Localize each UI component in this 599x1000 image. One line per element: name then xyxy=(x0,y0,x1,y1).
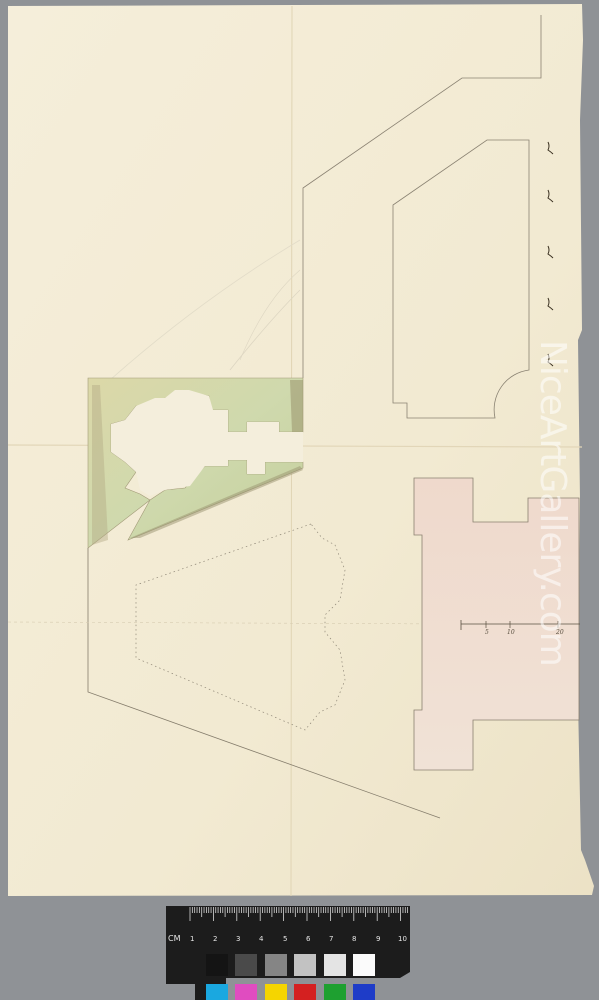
ruler-number-3: 3 xyxy=(236,935,240,943)
color-patch-green xyxy=(324,984,346,1000)
color-patch-yellow xyxy=(265,984,287,1000)
gray-patch-4 xyxy=(294,954,316,976)
color-chart xyxy=(166,906,410,1000)
gray-patch-6 xyxy=(353,954,375,976)
color-patch-blue xyxy=(353,984,375,1000)
gray-patch-5 xyxy=(324,954,346,976)
gray-patch-1 xyxy=(206,954,228,976)
color-patch-magenta xyxy=(235,984,257,1000)
ruler-number-5: 5 xyxy=(283,935,287,943)
gray-patch-2 xyxy=(235,954,257,976)
ruler-number-9: 9 xyxy=(376,935,380,943)
ruler-number-2: 2 xyxy=(213,935,217,943)
scale-label-20: 20 xyxy=(556,629,564,636)
scale-label-5: 5 xyxy=(485,629,489,636)
ruler-number-7: 7 xyxy=(329,935,333,943)
gray-patch-3 xyxy=(265,954,287,976)
ruler-number-6: 6 xyxy=(306,935,310,943)
scale-label-10: 10 xyxy=(507,629,515,636)
color-patch-red xyxy=(294,984,316,1000)
ruler-number-1: 1 xyxy=(190,935,194,943)
ruler-unit-label: CM xyxy=(168,934,181,943)
ruler-number-8: 8 xyxy=(352,935,356,943)
drawing-canvas xyxy=(0,0,599,1000)
color-patch-cyan xyxy=(206,984,228,1000)
ruler-number-4: 4 xyxy=(259,935,263,943)
artwork-stage: NiceArtGallery.com 5 10 20 CM 1 2 3 4 5 … xyxy=(0,0,599,1000)
ruler-number-10: 10 xyxy=(398,935,407,943)
